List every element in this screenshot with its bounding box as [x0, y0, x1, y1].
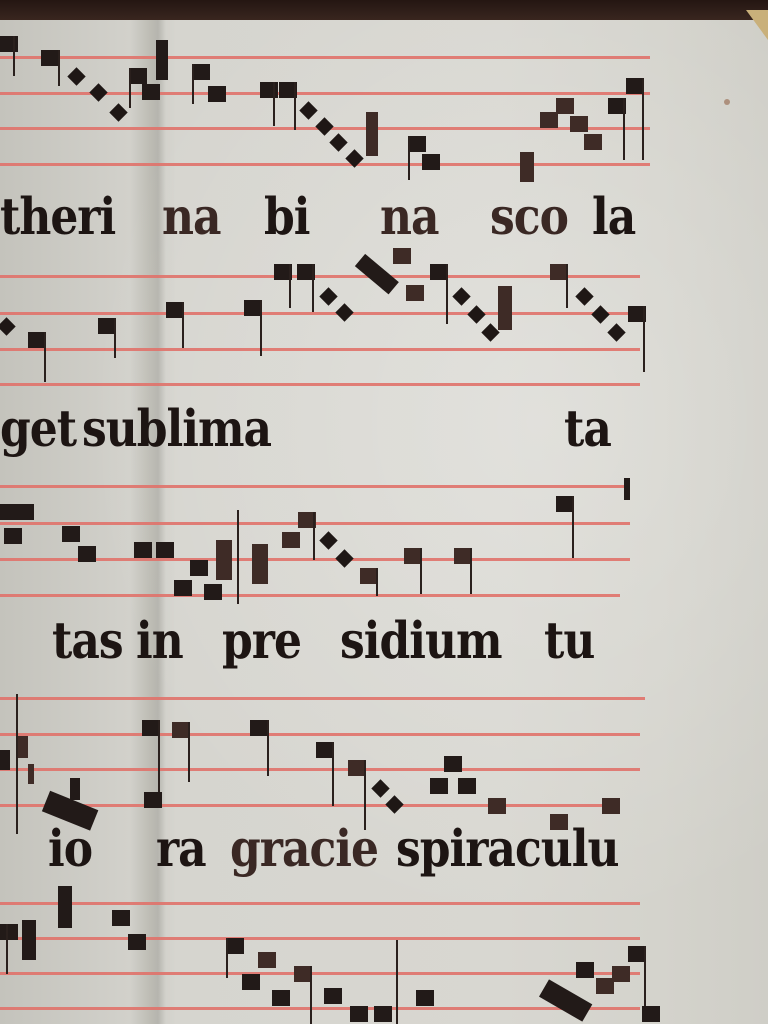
square-note: [16, 504, 34, 520]
square-note: [208, 86, 226, 102]
lyric-syllable: la: [592, 193, 635, 244]
square-note: [258, 952, 276, 968]
lyric-syllable: ra: [156, 825, 206, 876]
staff-line: [0, 1007, 640, 1010]
lyric-syllable: sco: [490, 193, 568, 244]
square-note: [242, 974, 260, 990]
square-note: [28, 764, 34, 784]
note-stem: [376, 568, 378, 596]
square-note: [226, 938, 244, 954]
staff-line: [0, 768, 640, 771]
staff-line: [0, 312, 640, 315]
square-note: [252, 544, 268, 584]
square-note: [144, 792, 162, 808]
square-note: [112, 910, 130, 926]
square-note: [576, 962, 594, 978]
note-stem: [408, 136, 410, 180]
note-stem: [643, 306, 645, 372]
lyric-syllable: tas: [52, 617, 123, 668]
note-stem: [6, 924, 8, 974]
square-note: [430, 778, 448, 794]
staff-line: [0, 697, 645, 700]
lyric-syllable: pre: [222, 617, 301, 668]
note-stem: [294, 82, 296, 130]
square-note: [444, 756, 462, 772]
lyric-syllable: sidium: [340, 617, 502, 668]
lyric-syllable: spiraculu: [396, 825, 618, 876]
square-note: [192, 64, 210, 80]
note-stem: [226, 938, 228, 978]
staff-line: [0, 383, 640, 386]
square-note: [393, 248, 411, 264]
lyric-syllable: tu: [544, 617, 594, 668]
note-stem: [192, 64, 194, 104]
square-note: [41, 50, 59, 66]
note-stem: [642, 78, 644, 160]
note-stem: [566, 264, 568, 308]
square-note: [374, 1006, 392, 1022]
staff-line: [0, 485, 630, 488]
note-stem: [13, 36, 15, 76]
note-stem: [237, 510, 239, 604]
square-note: [190, 560, 208, 576]
staff-line: [0, 163, 650, 166]
staff-line: [0, 594, 620, 597]
square-note: [324, 988, 342, 1004]
square-note: [70, 778, 80, 800]
staff-line: [0, 56, 650, 59]
square-note: [488, 798, 506, 814]
note-stem: [396, 940, 398, 1024]
note-stem: [158, 720, 160, 800]
note-stem: [260, 300, 262, 356]
square-note: [216, 540, 232, 580]
staff-line: [0, 972, 640, 975]
square-note: [0, 36, 18, 52]
square-note: [18, 736, 28, 758]
note-stem: [267, 720, 269, 776]
square-note: [584, 134, 602, 150]
square-note: [406, 285, 424, 301]
square-note: [250, 720, 268, 736]
square-note: [570, 116, 588, 132]
square-note: [520, 152, 534, 182]
lyric-syllable: in: [136, 617, 183, 668]
custos-mark: [624, 478, 630, 500]
square-note: [129, 68, 147, 84]
square-note: [260, 82, 278, 98]
note-stem: [16, 694, 18, 834]
square-note: [134, 542, 152, 558]
square-note: [540, 112, 558, 128]
note-stem: [129, 68, 131, 108]
note-stem: [572, 496, 574, 558]
square-note: [422, 154, 440, 170]
note-stem: [470, 548, 472, 594]
staff-1: [0, 56, 650, 166]
staff-line: [0, 902, 640, 905]
square-note: [272, 990, 290, 1006]
square-note: [204, 584, 222, 600]
square-note: [602, 798, 620, 814]
square-note: [498, 286, 512, 330]
note-stem: [273, 82, 275, 126]
square-note: [0, 924, 18, 940]
note-stem: [182, 302, 184, 348]
square-note: [350, 1006, 368, 1022]
lyric-syllable: bi: [264, 193, 309, 244]
square-note: [156, 40, 168, 80]
square-note: [612, 966, 630, 982]
note-stem: [114, 318, 116, 358]
staff-line: [0, 348, 640, 351]
square-note: [458, 778, 476, 794]
square-note: [22, 920, 36, 960]
square-note: [62, 526, 80, 542]
square-note: [416, 990, 434, 1006]
note-stem: [446, 264, 448, 324]
note-stem: [312, 264, 314, 312]
lyric-syllable: sublima: [82, 405, 271, 456]
square-note: [78, 546, 96, 562]
square-note: [642, 1006, 660, 1022]
note-stem: [313, 512, 315, 560]
lyric-syllable: na: [162, 193, 221, 244]
staff-line: [0, 733, 640, 736]
note-stem: [44, 332, 46, 382]
square-note: [4, 528, 22, 544]
square-note: [174, 580, 192, 596]
note-stem: [332, 742, 334, 806]
square-note: [366, 112, 378, 156]
note-stem: [58, 50, 60, 86]
note-stem: [310, 966, 312, 1024]
lyric-syllable: get: [0, 405, 76, 456]
note-stem: [623, 98, 625, 160]
square-note: [142, 84, 160, 100]
lyric-syllable: theri: [0, 193, 115, 244]
lyric-syllable: gracie: [230, 825, 378, 876]
square-note: [282, 532, 300, 548]
square-note: [156, 542, 174, 558]
note-stem: [289, 264, 291, 308]
staff-line: [0, 275, 640, 278]
square-note: [58, 886, 72, 928]
square-note: [556, 98, 574, 114]
lyric-syllable: na: [380, 193, 439, 244]
square-note: [408, 136, 426, 152]
square-note: [0, 750, 10, 770]
staff-line: [0, 937, 640, 940]
note-stem: [420, 548, 422, 594]
square-note: [128, 934, 146, 950]
lyric-syllable: io: [48, 825, 92, 876]
stain-spot: [724, 99, 730, 105]
lyric-syllable: ta: [564, 405, 611, 456]
note-stem: [188, 722, 190, 782]
wooden-frame-edge: [0, 0, 768, 22]
